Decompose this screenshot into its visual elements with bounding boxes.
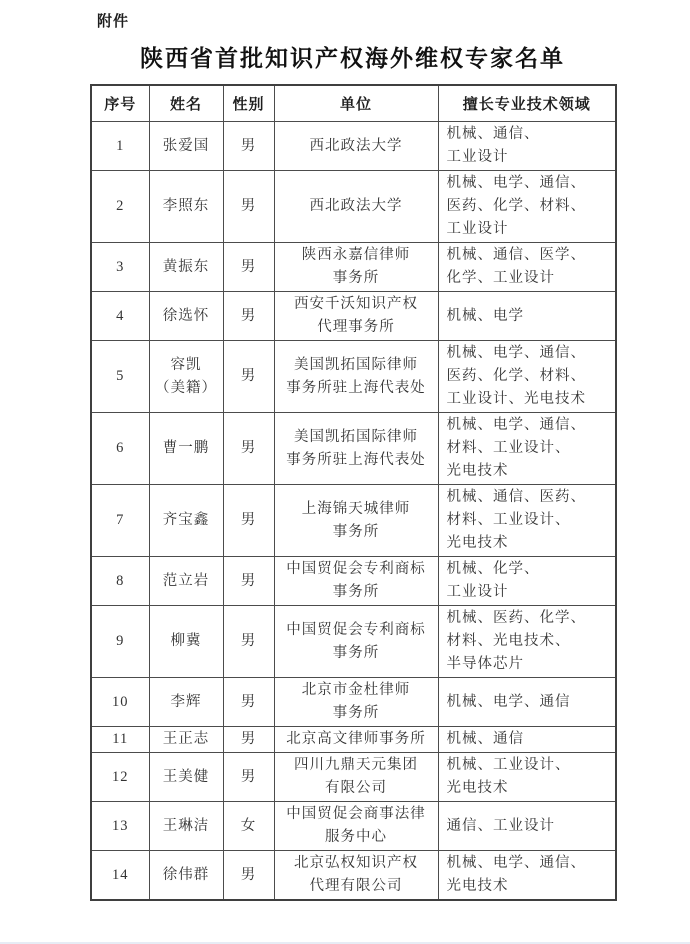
- cell-name: 李照东: [149, 171, 223, 243]
- header-no: 序号: [91, 85, 149, 122]
- table-row: 1张爱国男西北政法大学机械、通信、 工业设计: [91, 122, 616, 171]
- cell-fields: 机械、医药、化学、 材料、光电技术、 半导体芯片: [438, 606, 616, 678]
- cell-no: 8: [91, 557, 149, 606]
- cell-no: 2: [91, 171, 149, 243]
- experts-table: 序号 姓名 性别 单位 擅长专业技术领域 1张爱国男西北政法大学机械、通信、 工…: [90, 84, 617, 901]
- cell-unit: 陕西永嘉信律师 事务所: [274, 243, 438, 292]
- table-row: 5容凯 （美籍）男美国凯拓国际律师 事务所驻上海代表处机械、电学、通信、 医药、…: [91, 341, 616, 413]
- cell-no: 3: [91, 243, 149, 292]
- cell-unit: 中国贸促会专利商标 事务所: [274, 557, 438, 606]
- cell-fields: 机械、通信、 工业设计: [438, 122, 616, 171]
- cell-fields: 机械、通信、医学、 化学、工业设计: [438, 243, 616, 292]
- cell-no: 6: [91, 413, 149, 485]
- cell-fields: 机械、通信、医药、 材料、工业设计、 光电技术: [438, 485, 616, 557]
- attachment-label: 附件: [97, 10, 129, 31]
- table-row: 13王琳洁女中国贸促会商事法律 服务中心通信、工业设计: [91, 802, 616, 851]
- cell-gender: 男: [223, 753, 274, 802]
- table-row: 9柳冀男中国贸促会专利商标 事务所机械、医药、化学、 材料、光电技术、 半导体芯…: [91, 606, 616, 678]
- cell-unit: 西北政法大学: [274, 171, 438, 243]
- header-fields: 擅长专业技术领域: [438, 85, 616, 122]
- cell-gender: 男: [223, 413, 274, 485]
- cell-fields: 机械、电学、通信: [438, 678, 616, 727]
- table-row: 7齐宝鑫男上海锦天城律师 事务所机械、通信、医药、 材料、工业设计、 光电技术: [91, 485, 616, 557]
- cell-name: 容凯 （美籍）: [149, 341, 223, 413]
- cell-gender: 男: [223, 122, 274, 171]
- cell-unit: 西安千沃知识产权 代理事务所: [274, 292, 438, 341]
- table-row: 8范立岩男中国贸促会专利商标 事务所机械、化学、 工业设计: [91, 557, 616, 606]
- cell-name: 王正志: [149, 727, 223, 753]
- cell-no: 10: [91, 678, 149, 727]
- cell-name: 范立岩: [149, 557, 223, 606]
- cell-gender: 男: [223, 341, 274, 413]
- cell-no: 13: [91, 802, 149, 851]
- cell-fields: 机械、电学、通信、 医药、化学、材料、 工业设计: [438, 171, 616, 243]
- cell-name: 柳冀: [149, 606, 223, 678]
- table-row: 2李照东男西北政法大学机械、电学、通信、 医药、化学、材料、 工业设计: [91, 171, 616, 243]
- cell-fields: 机械、工业设计、 光电技术: [438, 753, 616, 802]
- cell-no: 14: [91, 851, 149, 901]
- cell-no: 4: [91, 292, 149, 341]
- cell-name: 曹一鹏: [149, 413, 223, 485]
- cell-unit: 中国贸促会商事法律 服务中心: [274, 802, 438, 851]
- cell-name: 王琳洁: [149, 802, 223, 851]
- cell-gender: 男: [223, 292, 274, 341]
- cell-name: 李辉: [149, 678, 223, 727]
- cell-name: 齐宝鑫: [149, 485, 223, 557]
- cell-gender: 男: [223, 606, 274, 678]
- cell-no: 12: [91, 753, 149, 802]
- cell-name: 黄振东: [149, 243, 223, 292]
- header-name: 姓名: [149, 85, 223, 122]
- cell-fields: 机械、电学、通信、 医药、化学、材料、 工业设计、光电技术: [438, 341, 616, 413]
- table-row: 4徐选怀男西安千沃知识产权 代理事务所机械、电学: [91, 292, 616, 341]
- cell-gender: 男: [223, 727, 274, 753]
- cell-unit: 中国贸促会专利商标 事务所: [274, 606, 438, 678]
- header-gender: 性别: [223, 85, 274, 122]
- cell-no: 1: [91, 122, 149, 171]
- cell-fields: 机械、化学、 工业设计: [438, 557, 616, 606]
- cell-no: 9: [91, 606, 149, 678]
- cell-no: 7: [91, 485, 149, 557]
- cell-unit: 北京弘权知识产权 代理有限公司: [274, 851, 438, 901]
- cell-gender: 男: [223, 851, 274, 901]
- cell-no: 11: [91, 727, 149, 753]
- cell-gender: 男: [223, 243, 274, 292]
- cell-name: 徐伟群: [149, 851, 223, 901]
- cell-unit: 美国凯拓国际律师 事务所驻上海代表处: [274, 341, 438, 413]
- cell-name: 王美健: [149, 753, 223, 802]
- table-header-row: 序号 姓名 性别 单位 擅长专业技术领域: [91, 85, 616, 122]
- table-row: 3黄振东男陕西永嘉信律师 事务所机械、通信、医学、 化学、工业设计: [91, 243, 616, 292]
- table-row: 14徐伟群男北京弘权知识产权 代理有限公司机械、电学、通信、 光电技术: [91, 851, 616, 901]
- cell-fields: 机械、通信: [438, 727, 616, 753]
- cell-gender: 男: [223, 485, 274, 557]
- cell-gender: 男: [223, 678, 274, 727]
- cell-gender: 男: [223, 171, 274, 243]
- table-row: 6曹一鹏男美国凯拓国际律师 事务所驻上海代表处机械、电学、通信、 材料、工业设计…: [91, 413, 616, 485]
- cell-gender: 男: [223, 557, 274, 606]
- cell-name: 徐选怀: [149, 292, 223, 341]
- cell-name: 张爱国: [149, 122, 223, 171]
- cell-gender: 女: [223, 802, 274, 851]
- cell-unit: 西北政法大学: [274, 122, 438, 171]
- table-row: 10李辉男北京市金杜律师 事务所机械、电学、通信: [91, 678, 616, 727]
- page-title: 陕西省首批知识产权海外维权专家名单: [90, 40, 615, 73]
- cell-fields: 机械、电学、通信、 光电技术: [438, 851, 616, 901]
- cell-unit: 北京高文律师事务所: [274, 727, 438, 753]
- cell-unit: 四川九鼎天元集团 有限公司: [274, 753, 438, 802]
- cell-fields: 通信、工业设计: [438, 802, 616, 851]
- cell-unit: 美国凯拓国际律师 事务所驻上海代表处: [274, 413, 438, 485]
- cell-fields: 机械、电学、通信、 材料、工业设计、 光电技术: [438, 413, 616, 485]
- cell-no: 5: [91, 341, 149, 413]
- document-page: 附件 陕西省首批知识产权海外维权专家名单 序号 姓名 性别 单位 擅长专业技术领…: [0, 0, 690, 944]
- cell-unit: 上海锦天城律师 事务所: [274, 485, 438, 557]
- header-unit: 单位: [274, 85, 438, 122]
- cell-unit: 北京市金杜律师 事务所: [274, 678, 438, 727]
- cell-fields: 机械、电学: [438, 292, 616, 341]
- table-row: 12王美健男四川九鼎天元集团 有限公司机械、工业设计、 光电技术: [91, 753, 616, 802]
- table-row: 11王正志男北京高文律师事务所机械、通信: [91, 727, 616, 753]
